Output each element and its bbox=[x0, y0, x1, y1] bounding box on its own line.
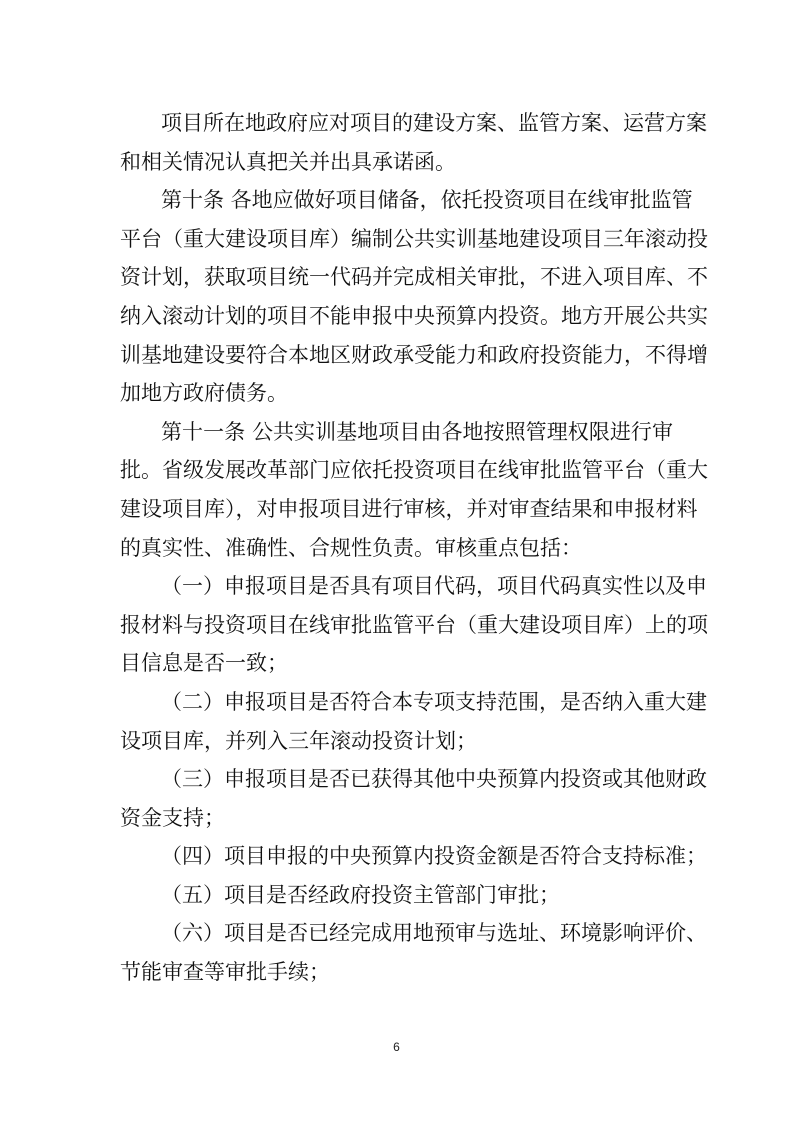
text-line: （二）申报项目是否符合本专项支持范围，是否纳入重大建 bbox=[120, 683, 673, 722]
text-line: 平台（重大建设项目库）编制公共实训基地建设项目三年滚动投 bbox=[120, 220, 673, 259]
paragraph-p1: 项目所在地政府应对项目的建设方案、监管方案、运营方案和相关情况认真把关并出具承诺… bbox=[120, 104, 673, 181]
paragraph-article-10: 第十条 各地应做好项目储备，依托投资项目在线审批监管平台（重大建设项目库）编制公… bbox=[120, 181, 673, 413]
paragraph-item-1: （一）申报项目是否具有项目代码，项目代码真实性以及申报材料与投资项目在线审批监管… bbox=[120, 567, 673, 683]
text-line: 建设项目库），对申报项目进行审核，并对审查结果和申报材料 bbox=[120, 490, 673, 529]
text-line: 第十条 各地应做好项目储备，依托投资项目在线审批监管 bbox=[120, 181, 673, 220]
text-line: 和相关情况认真把关并出具承诺函。 bbox=[120, 143, 673, 182]
text-line: 批。省级发展改革部门应依托投资项目在线审批监管平台（重大 bbox=[120, 451, 673, 490]
text-line: （四）项目申报的中央预算内投资金额是否符合支持标准； bbox=[120, 837, 673, 876]
text-line: 纳入滚动计划的项目不能申报中央预算内投资。地方开展公共实 bbox=[120, 297, 673, 336]
document-body: 项目所在地政府应对项目的建设方案、监管方案、运营方案和相关情况认真把关并出具承诺… bbox=[120, 104, 673, 992]
text-line: 项目所在地政府应对项目的建设方案、监管方案、运营方案 bbox=[120, 104, 673, 143]
text-line: 资计划，获取项目统一代码并完成相关审批，不进入项目库、不 bbox=[120, 258, 673, 297]
text-line: 报材料与投资项目在线审批监管平台（重大建设项目库）上的项 bbox=[120, 606, 673, 645]
text-line: 设项目库，并列入三年滚动投资计划； bbox=[120, 722, 673, 761]
text-line: 训基地建设要符合本地区财政承受能力和政府投资能力，不得增 bbox=[120, 336, 673, 375]
text-line: 的真实性、准确性、合规性负责。审核重点包括： bbox=[120, 529, 673, 568]
text-line: （一）申报项目是否具有项目代码，项目代码真实性以及申 bbox=[120, 567, 673, 606]
text-line: 节能审查等审批手续； bbox=[120, 953, 673, 992]
text-line: 加地方政府债务。 bbox=[120, 374, 673, 413]
text-line: 第十一条 公共实训基地项目由各地按照管理权限进行审 bbox=[120, 413, 673, 452]
paragraph-item-4: （四）项目申报的中央预算内投资金额是否符合支持标准； bbox=[120, 837, 673, 876]
paragraph-item-6: （六）项目是否已经完成用地预审与选址、环境影响评价、节能审查等审批手续； bbox=[120, 914, 673, 991]
text-line: 目信息是否一致； bbox=[120, 644, 673, 683]
paragraph-item-5: （五）项目是否经政府投资主管部门审批； bbox=[120, 876, 673, 915]
text-line: 资金支持； bbox=[120, 799, 673, 838]
text-line: （五）项目是否经政府投资主管部门审批； bbox=[120, 876, 673, 915]
page-number: 6 bbox=[0, 1040, 793, 1054]
document-page: 项目所在地政府应对项目的建设方案、监管方案、运营方案和相关情况认真把关并出具承诺… bbox=[0, 0, 793, 1122]
text-line: （六）项目是否已经完成用地预审与选址、环境影响评价、 bbox=[120, 914, 673, 953]
paragraph-item-3: （三）申报项目是否已获得其他中央预算内投资或其他财政资金支持； bbox=[120, 760, 673, 837]
paragraph-article-11: 第十一条 公共实训基地项目由各地按照管理权限进行审批。省级发展改革部门应依托投资… bbox=[120, 413, 673, 567]
text-line: （三）申报项目是否已获得其他中央预算内投资或其他财政 bbox=[120, 760, 673, 799]
paragraph-item-2: （二）申报项目是否符合本专项支持范围，是否纳入重大建设项目库，并列入三年滚动投资… bbox=[120, 683, 673, 760]
